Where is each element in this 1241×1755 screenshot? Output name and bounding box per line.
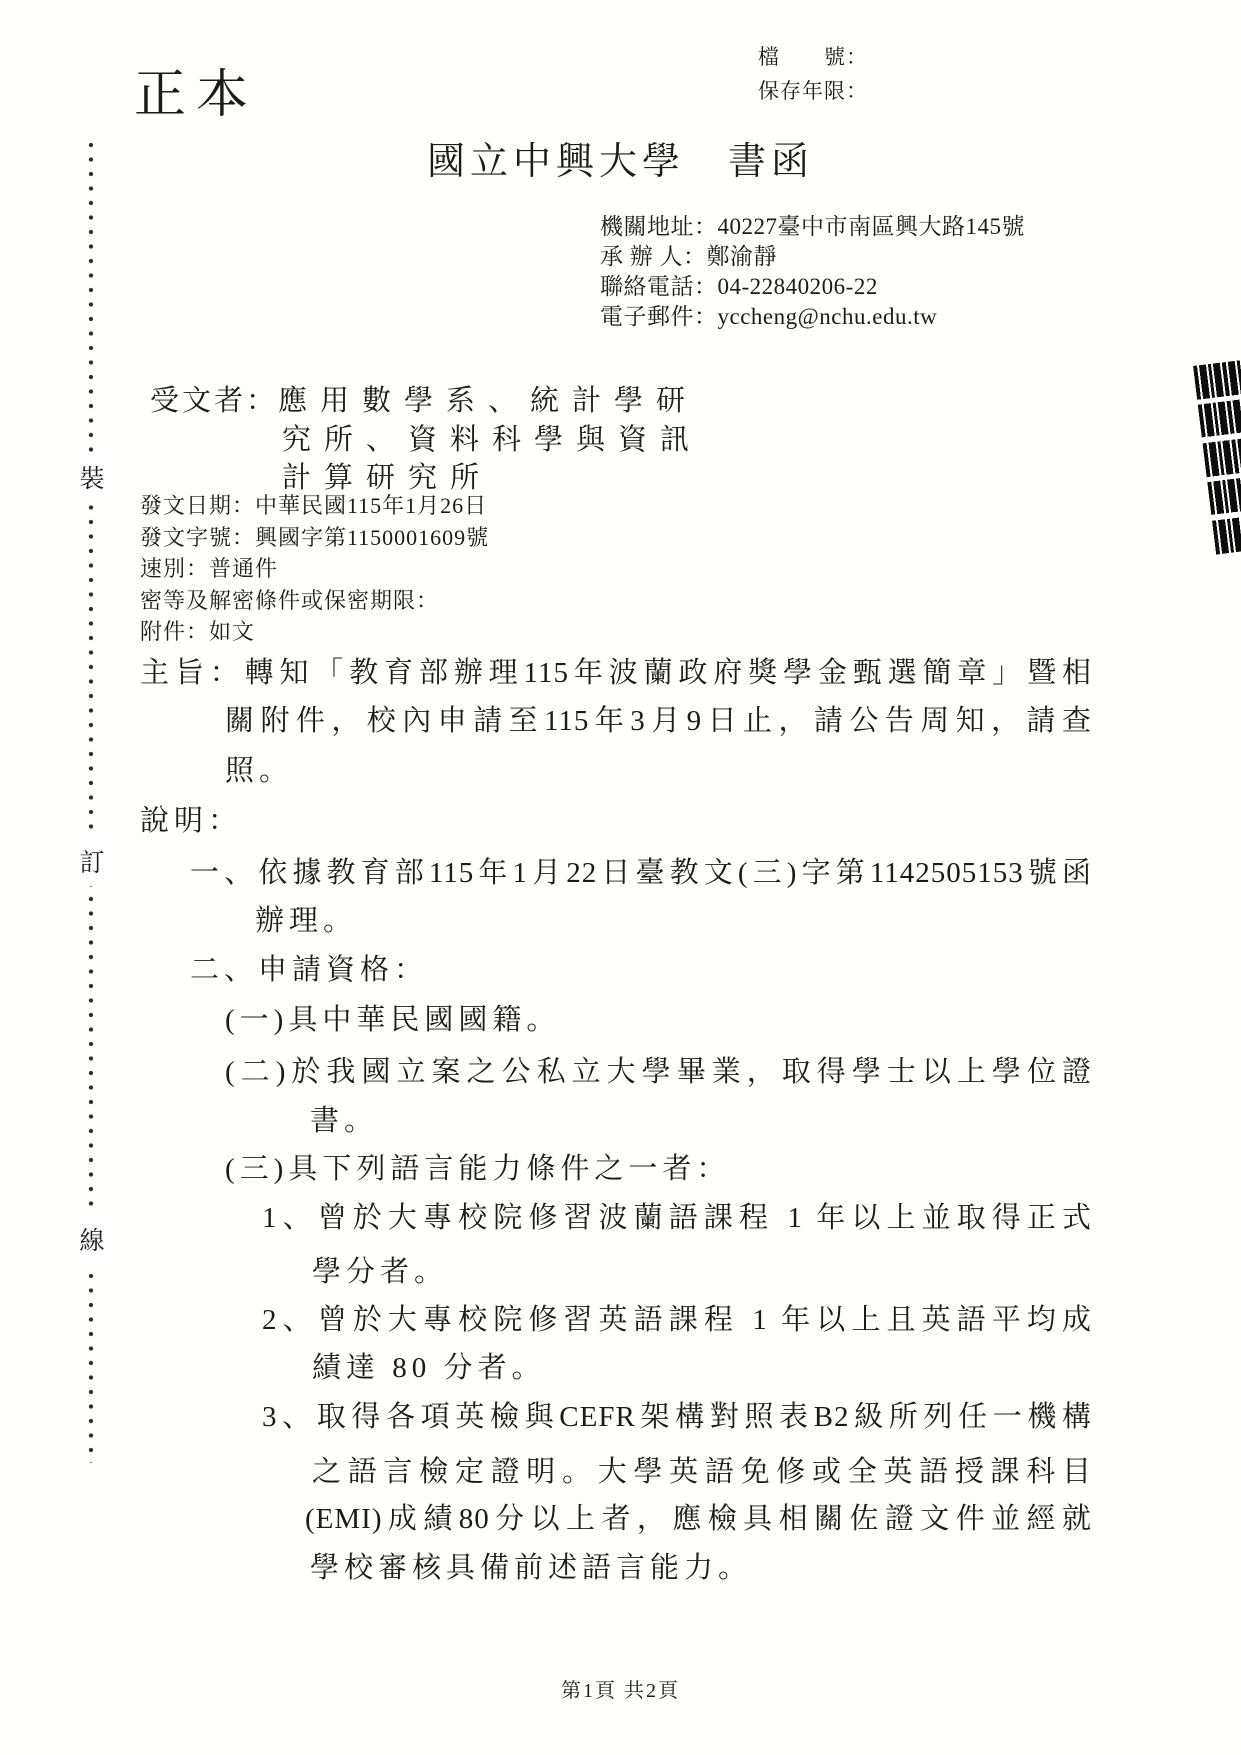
retention-period-label: 保存年限：: [758, 74, 868, 108]
page-number: 第1頁 共2頁: [0, 1674, 1241, 1703]
sender-contact-person: 承 辦 人：鄭渝靜: [600, 242, 1025, 272]
item-2-sub-1: (一)具中華民國國籍。: [225, 997, 560, 1038]
document-page: 正本 檔 號： 保存年限： 國立中興大學 書函 機關地址：40227臺中市南區興…: [0, 0, 1241, 1755]
subject-line-3: 照。: [225, 748, 293, 789]
item-2-sub-2-line-2: 書。: [310, 1098, 378, 1139]
sender-contact-block: 機關地址：40227臺中市南區興大路145號 承 辦 人：鄭渝靜 聯絡電話：04…: [600, 212, 1025, 332]
sender-email: 電子郵件：yccheng@nchu.edu.tw: [600, 302, 1025, 332]
item-1-line-2: 辦理。: [255, 898, 357, 939]
issue-date: 發文日期：中華民國115年1月26日: [140, 490, 489, 522]
document-meta-block: 發文日期：中華民國115年1月26日 發文字號：興國字第1150001609號 …: [140, 490, 489, 648]
lang-cond-3-line-1: 3、取得各項英檢與CEFR架構對照表B2級所列任一機構: [262, 1394, 1092, 1435]
item-2-sub-2-line-1: (二)於我國立案之公私立大學畢業，取得學士以上學位證: [225, 1049, 1092, 1090]
lang-cond-2-line-2: 績達 80 分者。: [312, 1345, 546, 1386]
binding-mark-xian: 線: [74, 1214, 110, 1264]
copy-type-label: 正本: [134, 52, 258, 127]
document-title: 國立中興大學 書函: [0, 130, 1241, 185]
recipient-label: 受文者：: [150, 385, 278, 417]
lang-cond-3-line-3: (EMI)成績80分以上者，應檢具相關佐證文件並經就: [305, 1496, 1092, 1537]
subject-line-1: 主旨：轉知「教育部辦理115年波蘭政府獎學金甄選簡章」暨相: [140, 650, 1092, 691]
sender-phone: 聯絡電話：04-22840206-22: [600, 272, 1025, 302]
lang-cond-1-line-2: 學分者。: [312, 1249, 448, 1290]
lang-cond-2-line-1: 2、曾於大專校院修習英語課程 1 年以上且英語平均成: [262, 1297, 1092, 1338]
item-2-sub-3-heading: (三)具下列語言能力條件之一者：: [225, 1146, 730, 1187]
lang-cond-3-line-2: 之語言檢定證明。大學英語免修或全英語授課科目: [312, 1449, 1092, 1490]
recipient-row-1: 受文者：應用數學系、統計學研: [150, 378, 698, 419]
sender-address: 機關地址：40227臺中市南區興大路145號: [600, 212, 1025, 242]
speed-level: 速別：普通件: [140, 553, 489, 585]
item-1-line-1: 一、依據教育部115年1月22日臺教文(三)字第1142505153號函: [190, 850, 1092, 891]
recipient-line-2: 究所、資料科學與資訊: [282, 417, 702, 458]
file-number-block: 檔 號： 保存年限：: [758, 40, 868, 108]
explanation-heading: 說明：: [140, 798, 242, 839]
binding-dotted-line: [88, 138, 94, 1463]
binding-mark-zhuang: 裝: [74, 452, 110, 502]
barcode-stamp-icon: [1193, 355, 1241, 555]
lang-cond-1-line-1: 1、曾於大專校院修習波蘭語課程 1 年以上並取得正式: [262, 1195, 1092, 1236]
file-number-label: 檔 號：: [758, 40, 868, 74]
attachment-note: 附件：如文: [140, 616, 489, 648]
subject-line-2: 關附件，校內申請至115年3月9日止，請公告周知，請查: [225, 698, 1092, 739]
lang-cond-3-line-4: 學校審核具備前述語言能力。: [310, 1545, 752, 1586]
recipient-line-1: 應用數學系、統計學研: [278, 385, 698, 417]
item-2-heading: 二、申請資格：: [190, 947, 428, 988]
security-level: 密等及解密條件或保密期限：: [140, 585, 489, 617]
binding-mark-ding: 訂: [74, 836, 110, 886]
doc-number: 發文字號：興國字第1150001609號: [140, 522, 489, 554]
